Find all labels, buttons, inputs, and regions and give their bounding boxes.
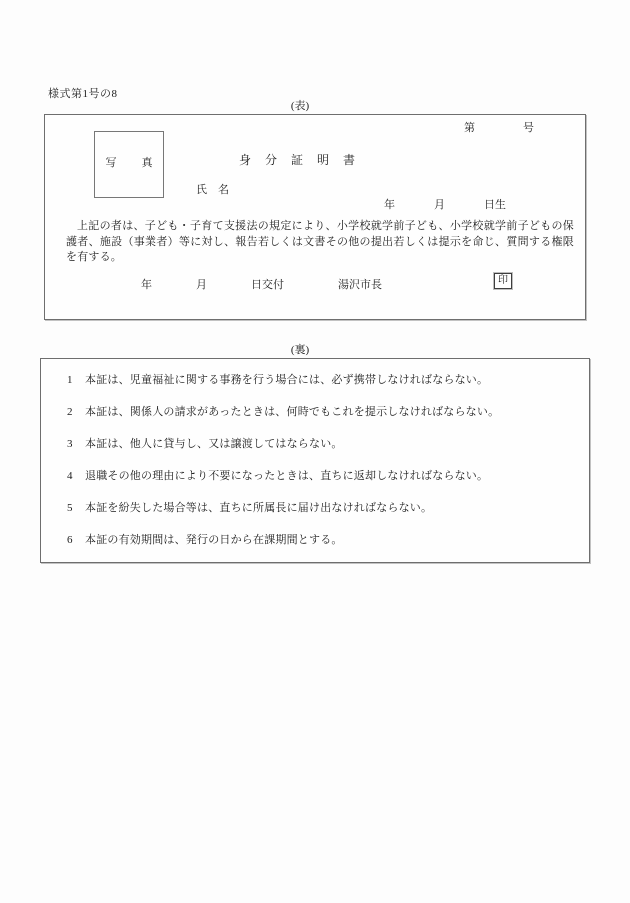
- rule-text: 退職その他の理由により不要になったときは、直ちに返却しなければならない。: [85, 470, 488, 483]
- authority-statement: 上記の者は、子ども・子育て支援法の規定により、小学校就学前子ども、小学校就学前子…: [66, 219, 574, 266]
- rule-number: 1: [67, 374, 85, 387]
- rule-item-3: 3 本証は、他人に貸与し、又は譲渡してはならない。: [41, 438, 589, 451]
- rule-number: 4: [67, 470, 85, 483]
- rule-text: 本証の有効期間は、発行の日から在課期間とする。: [85, 534, 343, 547]
- front-card: 第号 写 真 身 分 証 明 書 氏 名 年 月 日生 上記の者は、子ども・子育…: [44, 114, 586, 320]
- serial-suffix-label: 号: [523, 122, 534, 134]
- rule-text: 本証は、児童福祉に関する事務を行う場合には、必ず携帯しなければならない。: [85, 374, 488, 387]
- rule-item-6: 6 本証の有効期間は、発行の日から在課期間とする。: [41, 534, 589, 547]
- photo-box: 写 真: [94, 131, 164, 198]
- front-side-label: (表): [0, 97, 600, 113]
- birth-month-label: 月: [434, 196, 445, 212]
- seal-mark: 印: [494, 273, 512, 289]
- issue-month-label: 月: [196, 276, 207, 292]
- rules-list: 1 本証は、児童福祉に関する事務を行う場合には、必ず携帯しなければならない。 2…: [41, 359, 589, 547]
- rule-number: 3: [67, 438, 85, 451]
- birth-year-label: 年: [384, 196, 395, 212]
- issue-year-label: 年: [141, 276, 152, 292]
- card-title: 身 分 証 明 書: [239, 151, 356, 168]
- rule-number: 6: [67, 534, 85, 547]
- mayor-label: 湯沢市長: [338, 276, 382, 292]
- rule-text: 本証は、関係人の請求があったときは、何時でもこれを提示しなければならない。: [85, 406, 499, 419]
- back-side-label: (裏): [0, 341, 600, 357]
- document-page: 様式第1号の8 (表) 第号 写 真 身 分 証 明 書 氏 名 年 月 日生 …: [0, 0, 630, 903]
- serial-prefix-label: 第: [464, 122, 475, 134]
- issue-day-label: 日交付: [251, 276, 284, 292]
- rule-item-4: 4 退職その他の理由により不要になったときは、直ちに返却しなければならない。: [41, 470, 589, 483]
- name-label: 氏 名: [196, 181, 229, 197]
- rule-text: 本証は、他人に貸与し、又は譲渡してはならない。: [85, 438, 343, 451]
- rule-item-2: 2 本証は、関係人の請求があったときは、何時でもこれを提示しなければならない。: [41, 406, 589, 419]
- photo-label: 写 真: [106, 154, 160, 197]
- serial-number-line: 第号: [464, 119, 534, 135]
- rule-text: 本証を紛失した場合等は、直ちに所属長に届け出なければならない。: [85, 502, 432, 515]
- rule-item-5: 5 本証を紛失した場合等は、直ちに所属長に届け出なければならない。: [41, 502, 589, 515]
- birth-day-label: 日生: [484, 196, 506, 212]
- rule-number: 2: [67, 406, 85, 419]
- back-card: 1 本証は、児童福祉に関する事務を行う場合には、必ず携帯しなければならない。 2…: [40, 358, 590, 563]
- rule-item-1: 1 本証は、児童福祉に関する事務を行う場合には、必ず携帯しなければならない。: [41, 374, 589, 387]
- rule-number: 5: [67, 502, 85, 515]
